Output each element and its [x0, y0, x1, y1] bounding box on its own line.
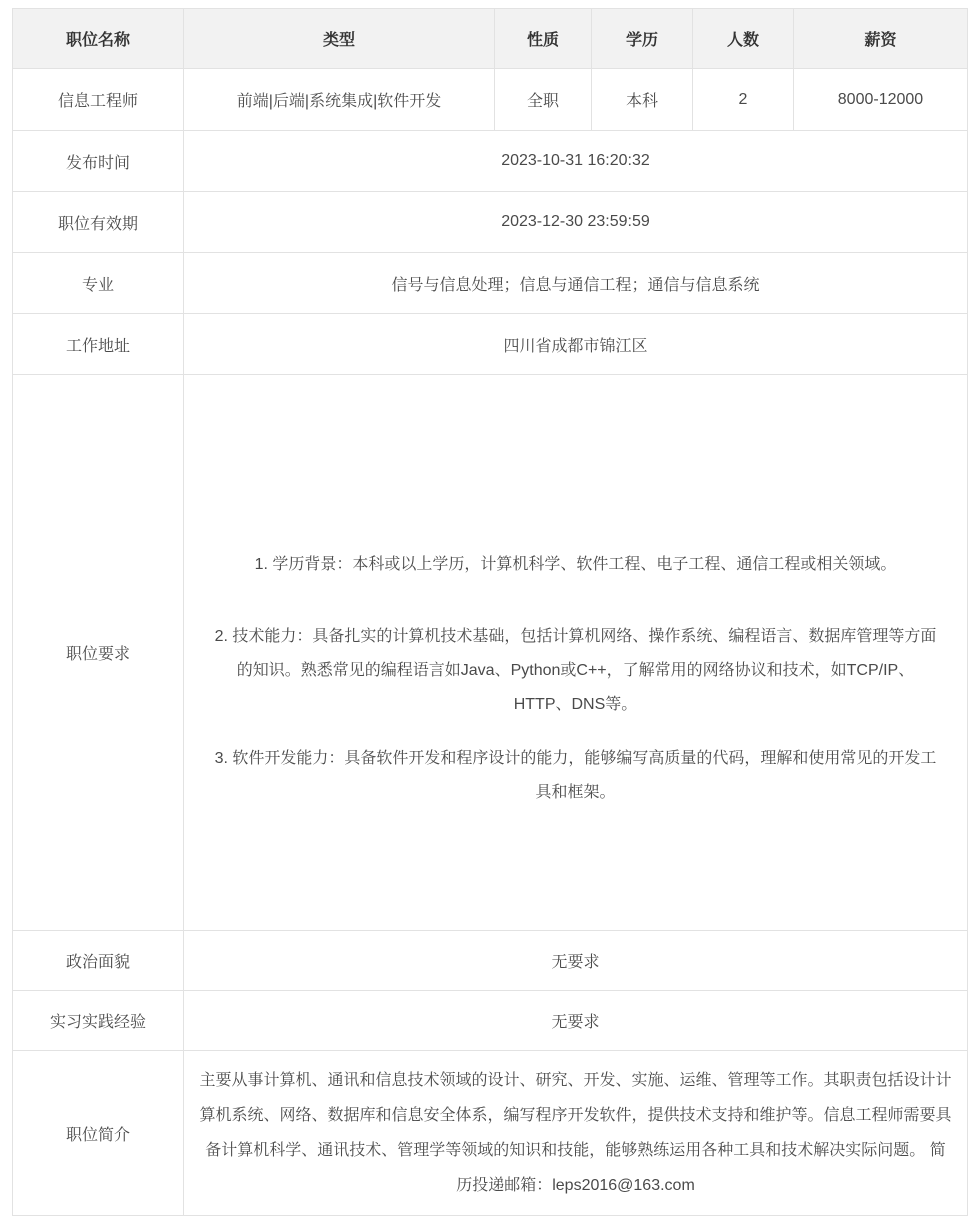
political-status-value: 无要求: [184, 931, 968, 991]
header-cell-education: 学历: [592, 9, 693, 69]
job-intro-text: 主要从事计算机、通讯和信息技术领域的设计、研究、开发、实施、运维、管理等工作。其…: [198, 1063, 953, 1203]
validity-label: 职位有效期: [13, 192, 184, 253]
publish-time-label: 发布时间: [13, 131, 184, 192]
internship-experience-row: 实习实践经验 无要求: [13, 991, 968, 1051]
table-header-row: 职位名称 类型 性质 学历 人数 薪资: [13, 9, 968, 69]
requirements-content: 1. 学历背景：本科或以上学历，计算机科学、软件工程、电子工程、通信工程或相关领…: [184, 375, 968, 931]
job-name-cell: 信息工程师: [13, 69, 184, 131]
requirement-paragraph: 2. 技术能力：具备扎实的计算机技术基础，包括计算机网络、操作系统、编程语言、数…: [214, 620, 937, 722]
validity-row: 职位有效期 2023-12-30 23:59:59: [13, 192, 968, 253]
job-education-cell: 本科: [592, 69, 693, 131]
job-type-cell: 前端|后端|系统集成|软件开发: [184, 69, 495, 131]
job-salary-cell: 8000-12000: [794, 69, 968, 131]
job-nature-cell: 全职: [495, 69, 592, 131]
header-cell-count: 人数: [693, 9, 794, 69]
political-status-label: 政治面貌: [13, 931, 184, 991]
validity-value: 2023-12-30 23:59:59: [184, 192, 968, 253]
requirement-paragraph: 3. 软件开发能力：具备软件开发和程序设计的能力，能够编写高质量的代码，理解和使…: [214, 742, 937, 810]
work-address-label: 工作地址: [13, 314, 184, 375]
job-detail-table: 职位名称 类型 性质 学历 人数 薪资 信息工程师 前端|后端|系统集成|软件开…: [12, 8, 968, 1216]
political-status-row: 政治面貌 无要求: [13, 931, 968, 991]
work-address-value: 四川省成都市锦江区: [184, 314, 968, 375]
work-address-row: 工作地址 四川省成都市锦江区: [13, 314, 968, 375]
requirement-paragraph: 1. 学历背景：本科或以上学历，计算机科学、软件工程、电子工程、通信工程或相关领…: [214, 548, 937, 582]
job-intro-label: 职位简介: [13, 1051, 184, 1216]
header-cell-nature: 性质: [495, 9, 592, 69]
header-cell-job-title: 职位名称: [13, 9, 184, 69]
job-intro-content: 主要从事计算机、通讯和信息技术领域的设计、研究、开发、实施、运维、管理等工作。其…: [184, 1051, 968, 1216]
internship-experience-value: 无要求: [184, 991, 968, 1051]
header-cell-salary: 薪资: [794, 9, 968, 69]
major-value: 信号与信息处理；信息与通信工程；通信与信息系统: [184, 253, 968, 314]
job-detail-page: 职位名称 类型 性质 学历 人数 薪资 信息工程师 前端|后端|系统集成|软件开…: [0, 8, 979, 1226]
major-label: 专业: [13, 253, 184, 314]
job-summary-row: 信息工程师 前端|后端|系统集成|软件开发 全职 本科 2 8000-12000: [13, 69, 968, 131]
publish-time-row: 发布时间 2023-10-31 16:20:32: [13, 131, 968, 192]
major-row: 专业 信号与信息处理；信息与通信工程；通信与信息系统: [13, 253, 968, 314]
job-intro-row: 职位简介 主要从事计算机、通讯和信息技术领域的设计、研究、开发、实施、运维、管理…: [13, 1051, 968, 1216]
publish-time-value: 2023-10-31 16:20:32: [184, 131, 968, 192]
header-cell-type: 类型: [184, 9, 495, 69]
requirements-row: 职位要求 1. 学历背景：本科或以上学历，计算机科学、软件工程、电子工程、通信工…: [13, 375, 968, 931]
requirements-label: 职位要求: [13, 375, 184, 931]
job-count-cell: 2: [693, 69, 794, 131]
internship-experience-label: 实习实践经验: [13, 991, 184, 1051]
